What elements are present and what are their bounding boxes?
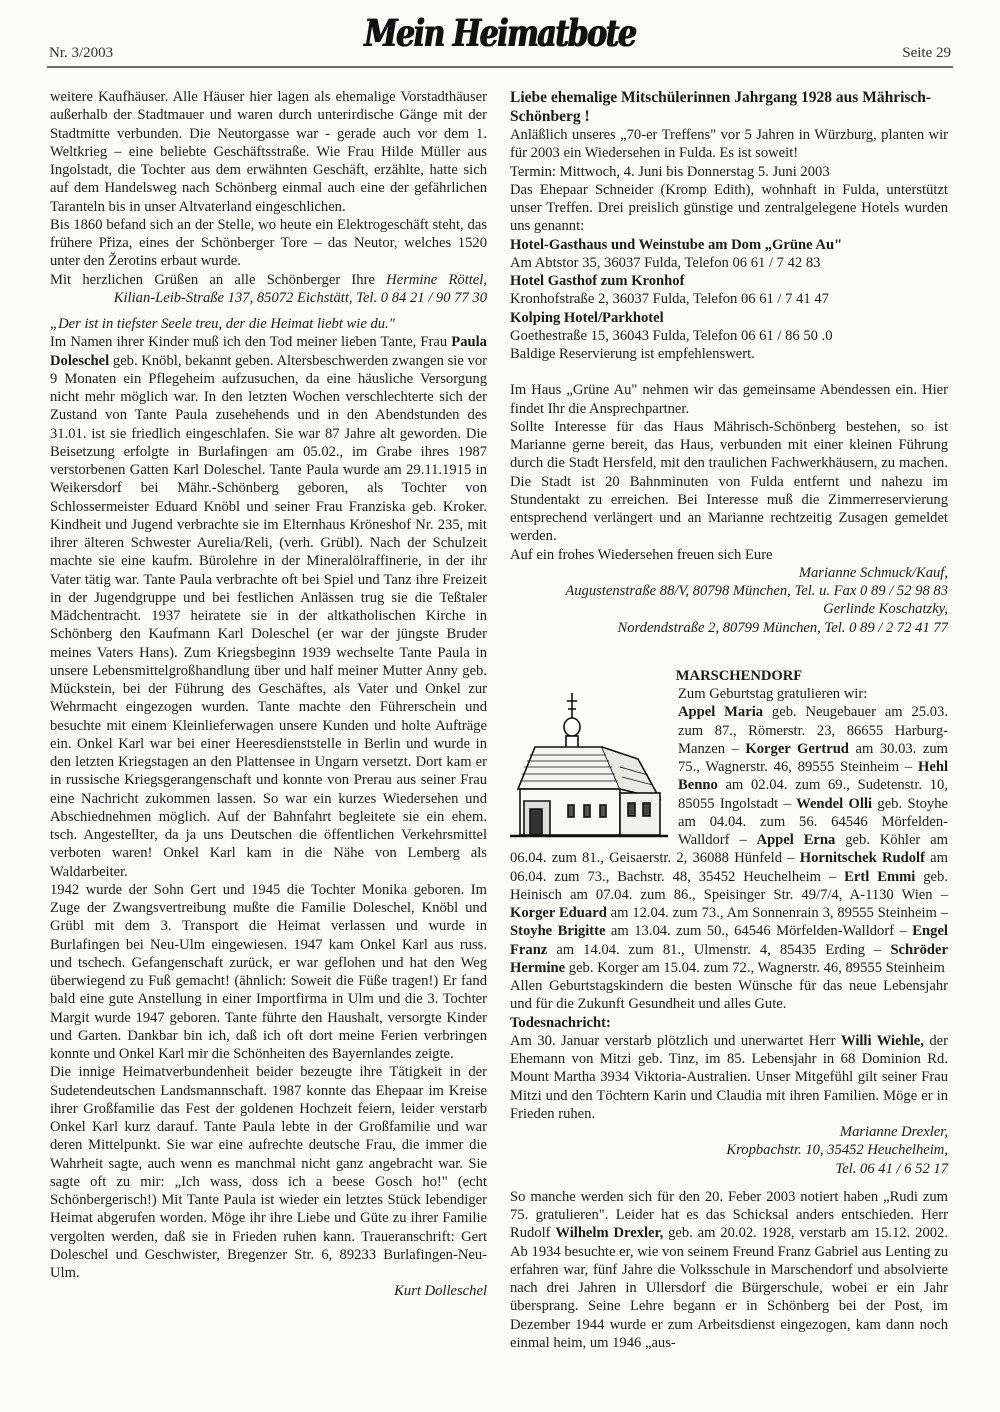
obituary-paragraph-2: 1942 wurde der Sohn Gert und 1945 die To… (50, 881, 487, 1064)
obituary-signature: Kurt Dolleschel (50, 1282, 487, 1300)
author-name: Hermine Röttel, (386, 272, 487, 288)
drexler-text: geb. am 20.02. 1928, verstarb am 15.12. … (510, 1225, 948, 1351)
reunion-headline: Liebe ehemalige Mitschülerinnen Jahrgang… (510, 88, 948, 126)
author-address: Kilian-Leib-Straße 137, 85072 Eichstätt,… (50, 289, 487, 307)
drexler-obituary: So manche werden sich für den 20. Feber … (510, 1188, 948, 1352)
right-column: Liebe ehemalige Mitschülerinnen Jahrgang… (510, 88, 948, 1352)
church-illustration-icon (510, 689, 670, 841)
article-continuation: weitere Kaufhäuser. Alle Häuser hier lag… (50, 88, 487, 216)
celebrant-name: Stoyhe Brigitte (510, 923, 605, 939)
page-number: Seite 29 (902, 45, 951, 62)
obituary-text: geb. Knöbl, bekannt geben. Altersbeschwe… (50, 353, 487, 880)
signer-2-address: Nordendstraße 2, 80799 München, Tel. 0 8… (510, 619, 948, 637)
death-notice-signature: Marianne Drexler, (510, 1123, 948, 1141)
reunion-intro: Anläßlich unseres „70-er Treffens" vor 5… (510, 126, 948, 163)
signer-1-name: Marianne Schmuck/Kauf, (510, 564, 948, 582)
signer-2-name: Gerlinde Koschatzky, (510, 600, 948, 618)
obituary-paragraph-3: Die innige Heimatverbundenheit beider be… (50, 1063, 487, 1282)
hotel-name: Hotel-Gasthaus und Weinstube am Dom „Grü… (510, 236, 948, 254)
newspaper-logo: Mein Heimatbote (47, 12, 953, 56)
birthday-section: Zum Geburtstag gratulieren wir: Appel Ma… (510, 685, 948, 977)
reunion-host: Das Ehepaar Schneider (Kromp Edith), woh… (510, 181, 948, 236)
masthead: Nr. 3/2003 Mein Heimatbote Seite 29 (47, 0, 953, 68)
neutor-paragraph: Bis 1860 befand sich an der Stelle, wo h… (50, 216, 487, 271)
greeting-text: Mit herzlichen Grüßen an alle Schönberge… (50, 272, 375, 288)
reunion-closing: Auf ein frohes Wiedersehen freuen sich E… (510, 546, 948, 564)
celebrant-details: geb. Korger am 15.04. zum 72., Wagnerstr… (565, 960, 945, 976)
celebrant-name: Appel Erna (757, 832, 836, 848)
reunion-date: Termin: Mittwoch, 4. Juni bis Donnerstag… (510, 163, 948, 181)
obituary-body: Im Namen ihrer Kinder muß ich den Tod me… (50, 333, 487, 881)
dinner-note: Im Haus „Grüne Au" nehmen wir das gemein… (510, 381, 948, 418)
celebrant-name: Korger Gertrud (745, 741, 849, 757)
drexler-name: Wilhelm Drexler, (555, 1225, 663, 1241)
obituary-quote: „Der ist in tiefster Seele treu, der die… (50, 315, 487, 333)
hotel-address: Kronhofstraße 2, 36037 Fulda, Telefon 06… (510, 290, 948, 308)
left-column: weitere Kaufhäuser. Alle Häuser hier lag… (50, 88, 487, 1301)
celebrant-name: Ertl Emmi (844, 869, 915, 885)
birthday-wishes: Allen Geburtstagskindern die besten Wüns… (510, 977, 948, 1014)
celebrant-details: am 14.04. zum 81., Ulmenstr. 4, 85435 Er… (547, 942, 890, 958)
hotel-address: Am Abtstor 35, 36037 Fulda, Telefon 06 6… (510, 254, 948, 272)
celebrant-name: Wendel Olli (796, 796, 872, 812)
celebrant-details: am 12.04. zum 73., Am Sonnenrain 3, 8955… (607, 905, 948, 921)
death-notice-address: Kropbachstr. 10, 35452 Heuchelheim, (510, 1141, 948, 1159)
greeting-line: Mit herzlichen Grüßen an alle Schönberge… (50, 271, 487, 289)
celebrant-name: Korger Eduard (510, 905, 607, 921)
death-notice-phone: Tel. 06 41 / 6 52 17 (510, 1160, 948, 1178)
deceased-name: Willi Wiehle, (841, 1033, 924, 1049)
hotel-name: Hotel Gasthof zum Kronhof (510, 272, 948, 290)
obituary-intro: Im Namen ihrer Kinder muß ich den Tod me… (50, 334, 447, 350)
reservation-note: Baldige Reservierung ist empfehlenswert. (510, 345, 948, 363)
signer-1-address: Augustenstraße 88/V, 80798 München, Tel.… (510, 582, 948, 600)
hersfeld-note: Sollte Interesse für das Haus Mährisch-S… (510, 418, 948, 546)
celebrant-details: am 13.04. zum 50., 64546 Mörfelden-Walld… (605, 923, 912, 939)
celebrant-name: Appel Maria (678, 704, 763, 720)
hotel-name: Kolping Hotel/Parkhotel (510, 309, 948, 327)
marschendorf-title: MARSCHENDORF (510, 667, 948, 685)
death-notice: Am 30. Januar verstarb plötzlich und une… (510, 1032, 948, 1123)
death-notice-title: Todesnachricht: (510, 1014, 948, 1032)
celebrant-name: Hornitschek Rudolf (800, 850, 925, 866)
hotel-address: Goethestraße 15, 36043 Fulda, Telefon 06… (510, 327, 948, 345)
death-notice-intro: Am 30. Januar verstarb plötzlich und une… (510, 1033, 841, 1049)
